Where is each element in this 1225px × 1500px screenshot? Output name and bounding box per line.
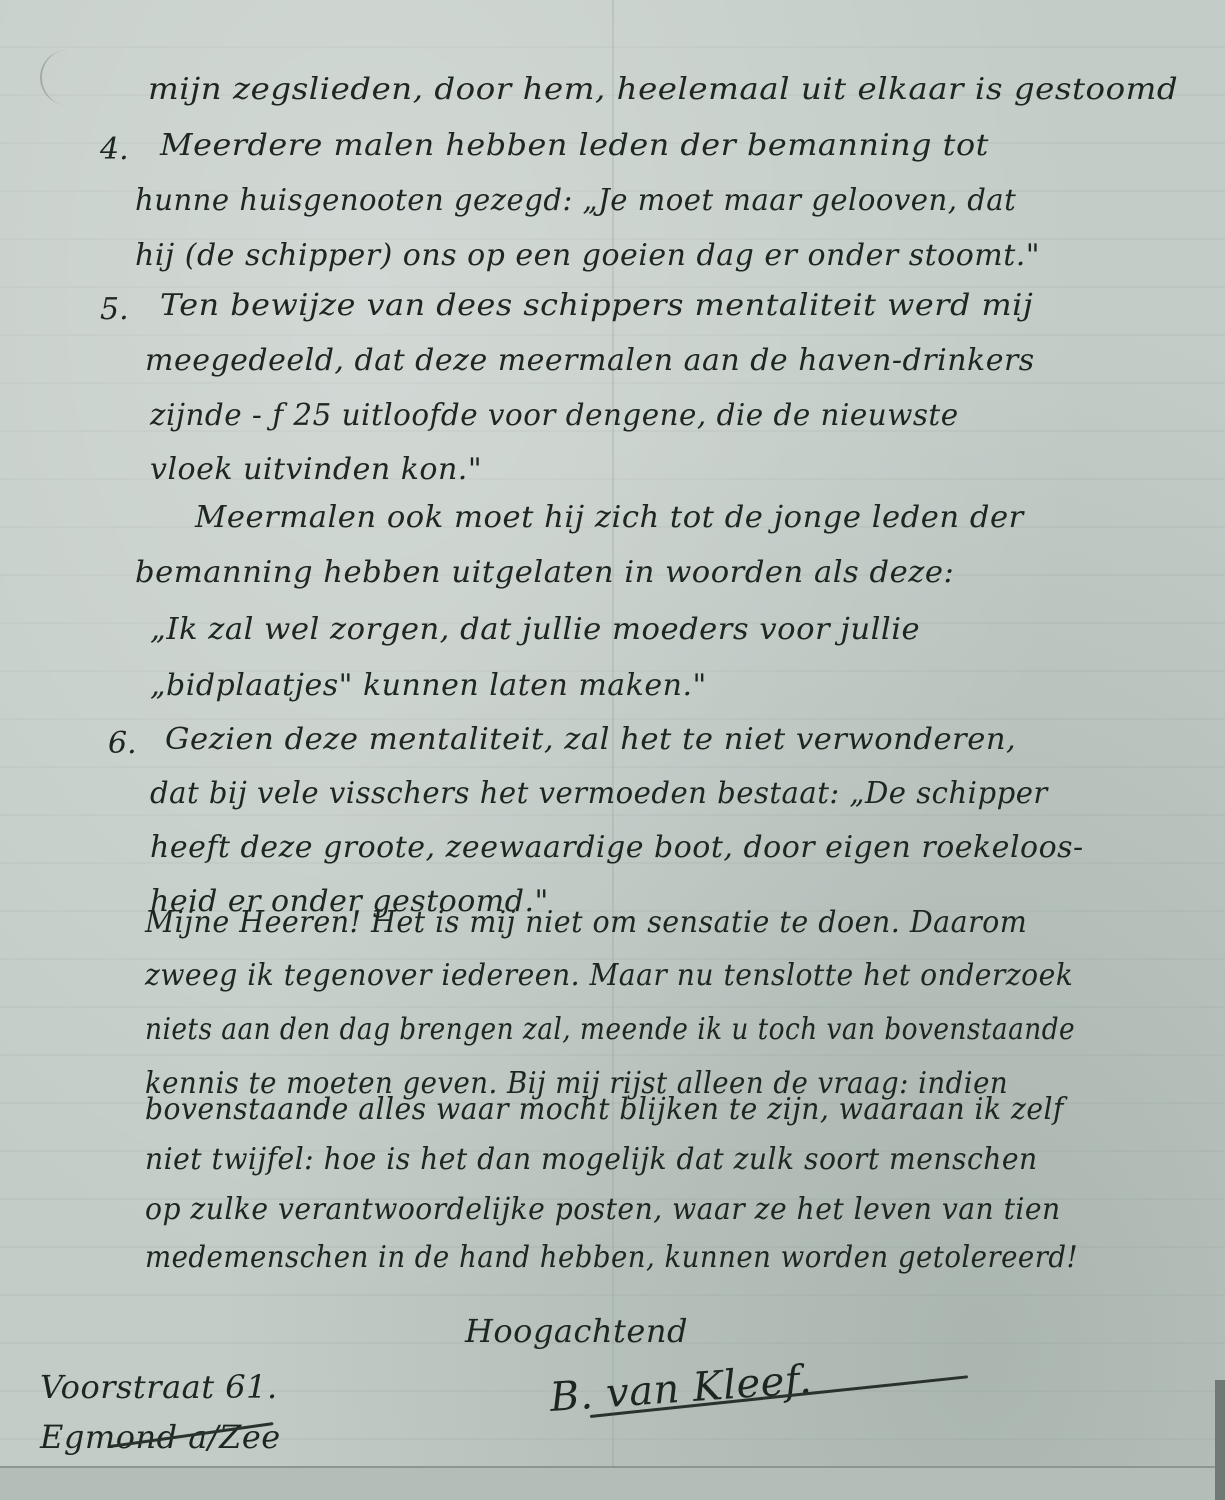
- letter-page: mijn zegslieden, door hem, heelemaal uit…: [0, 0, 1225, 1500]
- intro-line: mijn zegslieden, door hem, heelemaal uit…: [148, 72, 1178, 107]
- item-5-line-1: Ten bewijze van dees schippers mentalite…: [160, 288, 1033, 323]
- item-number-6: 6.: [108, 726, 137, 761]
- item-number-4: 4.: [100, 132, 129, 167]
- item-4-line-1: Meerdere malen hebben leden der bemannin…: [160, 128, 989, 163]
- item-5-line-3: zijnde - ƒ 25 uitloofde voor dengene, di…: [150, 398, 959, 433]
- paragraph-line-1: Meermalen ook moet hij zich tot de jonge…: [195, 500, 1024, 535]
- closing-line-3: niets aan den dag brengen zal, meende ik…: [145, 1012, 1075, 1047]
- closing-line-8: medemenschen in de hand hebben, kunnen w…: [145, 1240, 1078, 1275]
- paper-fold-bottom: [0, 1466, 1225, 1500]
- closing-line-1: Mijne Heeren! Het is mij niet om sensati…: [145, 905, 1027, 940]
- item-6-line-3: heeft deze groote, zeewaardige boot, doo…: [150, 830, 1084, 865]
- closing-line-6: niet twijfel: hoe is het dan mogelijk da…: [145, 1142, 1038, 1177]
- address-line-1: Voorstraat 61.: [40, 1368, 278, 1406]
- item-6-line-2: dat bij vele visschers het vermoeden bes…: [150, 776, 1048, 811]
- closing-line-7: op zulke verantwoordelijke posten, waar …: [145, 1192, 1061, 1227]
- item-5-line-2: meegedeeld, dat deze meermalen aan de ha…: [145, 343, 1035, 378]
- salutation: Hoogachtend: [465, 1312, 688, 1350]
- closing-line-2: zweeg ik tegenover iedereen. Maar nu ten…: [145, 958, 1073, 993]
- item-4-line-2: hunne huisgenooten gezegd: „Je moet maar…: [135, 183, 1016, 218]
- item-4-line-3: hij (de schipper) ons op een goeien dag …: [135, 238, 1040, 273]
- paragraph-line-4: „bidplaatjes" kunnen laten maken.": [150, 668, 707, 703]
- pencil-margin-mark: [40, 50, 87, 105]
- item-6-line-1: Gezien deze mentaliteit, zal het te niet…: [165, 722, 1016, 757]
- signature-name: B. van Kleef.: [548, 1357, 813, 1421]
- item-number-5: 5.: [100, 292, 129, 327]
- paper-edge-shadow: [1215, 1380, 1225, 1500]
- item-5-line-4: vloek uitvinden kon.": [150, 452, 482, 487]
- paragraph-line-3: „Ik zal wel zorgen, dat jullie moeders v…: [150, 612, 920, 647]
- closing-line-5: bovenstaande alles waar mocht blijken te…: [145, 1092, 1064, 1127]
- paragraph-line-2: bemanning hebben uitgelaten in woorden a…: [135, 555, 954, 590]
